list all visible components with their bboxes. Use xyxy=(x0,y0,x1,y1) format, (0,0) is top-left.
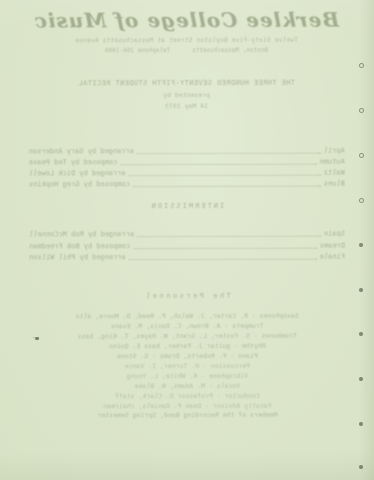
dotted-leader xyxy=(133,185,321,187)
program-title: Blues xyxy=(324,181,345,188)
program-title: Spain xyxy=(324,231,345,238)
bleedthrough-address-detail: Boston, Massachusetts Telephone 266-1400 xyxy=(0,47,374,55)
program-title: Autumn xyxy=(319,159,344,166)
personnel-line: Vibraphone - K. White, L. Young xyxy=(0,373,374,380)
personnel-line: Trumpets - A. Brown, C. Davis, M. Evans xyxy=(0,323,374,330)
dotted-leader xyxy=(137,152,321,154)
personnel-line: Rhythm - guitar J. Parker, bass E. Quinn xyxy=(0,343,374,350)
program-credit: composed by Bob Freedman xyxy=(29,243,130,250)
program-row: Blues composed by Greg Hopkins xyxy=(29,180,345,189)
bleedthrough-intermission-label: INTERMISSION xyxy=(0,202,374,211)
ink-speck xyxy=(35,337,39,340)
binding-hole xyxy=(359,198,364,203)
program-row: Spain arranged by Rob McConnell xyxy=(29,230,345,239)
program-title: Dreams xyxy=(320,243,345,250)
binding-hole xyxy=(359,288,363,292)
bleedthrough-address-detail-right: Telephone 266-1400 xyxy=(105,47,170,54)
bleedthrough-recital-series-line: THE THREE HUNDRED SEVENTY-FIFTH STUDENT … xyxy=(0,79,374,88)
bleedthrough-layer: Berklee College of Music Twelve Sixty-Fi… xyxy=(0,0,374,480)
bleedthrough-college-name: Berklee College of Music xyxy=(0,8,373,33)
personnel-line: Conductor - Professor O. Clark, staff xyxy=(0,393,374,400)
bleedthrough-address-line: Twelve Sixty-Five Boylston Street at Mas… xyxy=(0,37,373,45)
bleedthrough-date-line: 14 May 1973 xyxy=(0,102,374,111)
bleedthrough-address-detail-left: Boston, Massachusetts xyxy=(192,47,268,54)
bleedthrough-presented-by: presented by xyxy=(0,91,374,100)
dotted-leader xyxy=(129,258,317,260)
bleedthrough-personnel-heading: The Personnel xyxy=(0,292,374,301)
personnel-line: Percussion - H. Turner, I. Vance xyxy=(0,363,374,370)
program-title: Finale xyxy=(320,254,345,261)
personnel-line: Saxophones - R. Carter, J. Walsh, P. Ree… xyxy=(0,313,374,320)
scanned-program-page: Berklee College of Music Twelve Sixty-Fi… xyxy=(0,0,374,480)
binding-hole xyxy=(359,63,364,68)
program-title: Waltz xyxy=(324,170,345,177)
personnel-line: Faculty Advisor - Dean P. Daniels, chair… xyxy=(0,403,374,410)
dotted-leader xyxy=(137,235,321,237)
program-row: Waltz arranged by Dick Lowell xyxy=(29,169,345,178)
personnel-line: Vocals - M. Adams, N. Blake xyxy=(0,383,374,390)
binding-hole xyxy=(359,422,363,426)
dotted-leader xyxy=(133,247,317,249)
binding-hole xyxy=(359,153,364,158)
binding-hole xyxy=(359,332,363,336)
binding-hole xyxy=(359,243,363,247)
program-row: Dreams composed by Bob Freedman xyxy=(29,242,345,251)
program-credit: arranged by Phil Wilson xyxy=(29,254,126,261)
program-row: Finale arranged by Phil Wilson xyxy=(29,253,345,262)
program-credit: arranged by Dick Lowell xyxy=(29,170,126,177)
program-credit: composed by Greg Hopkins xyxy=(29,181,130,188)
personnel-line: Members of the Recording Band, Spring Se… xyxy=(0,412,374,419)
personnel-line: Piano - F. Roberts, Drums - G. Stone xyxy=(0,353,374,360)
dotted-leader xyxy=(129,174,321,177)
binding-hole xyxy=(359,465,363,469)
program-credit: composed by Ted Pease xyxy=(29,159,118,166)
program-title: April xyxy=(324,148,345,155)
program-credit: arranged by Gary Anderson xyxy=(29,148,134,155)
binding-hole xyxy=(359,377,363,381)
program-row: Autumn composed by Ted Pease xyxy=(29,158,345,167)
program-credit: arranged by Rob McConnell xyxy=(29,231,134,238)
personnel-line: Trombones - S. Foster, L. Grant, W. Haye… xyxy=(0,333,374,340)
binding-hole xyxy=(359,108,364,113)
dotted-leader xyxy=(120,163,316,166)
program-row: April arranged by Gary Anderson xyxy=(29,147,345,156)
